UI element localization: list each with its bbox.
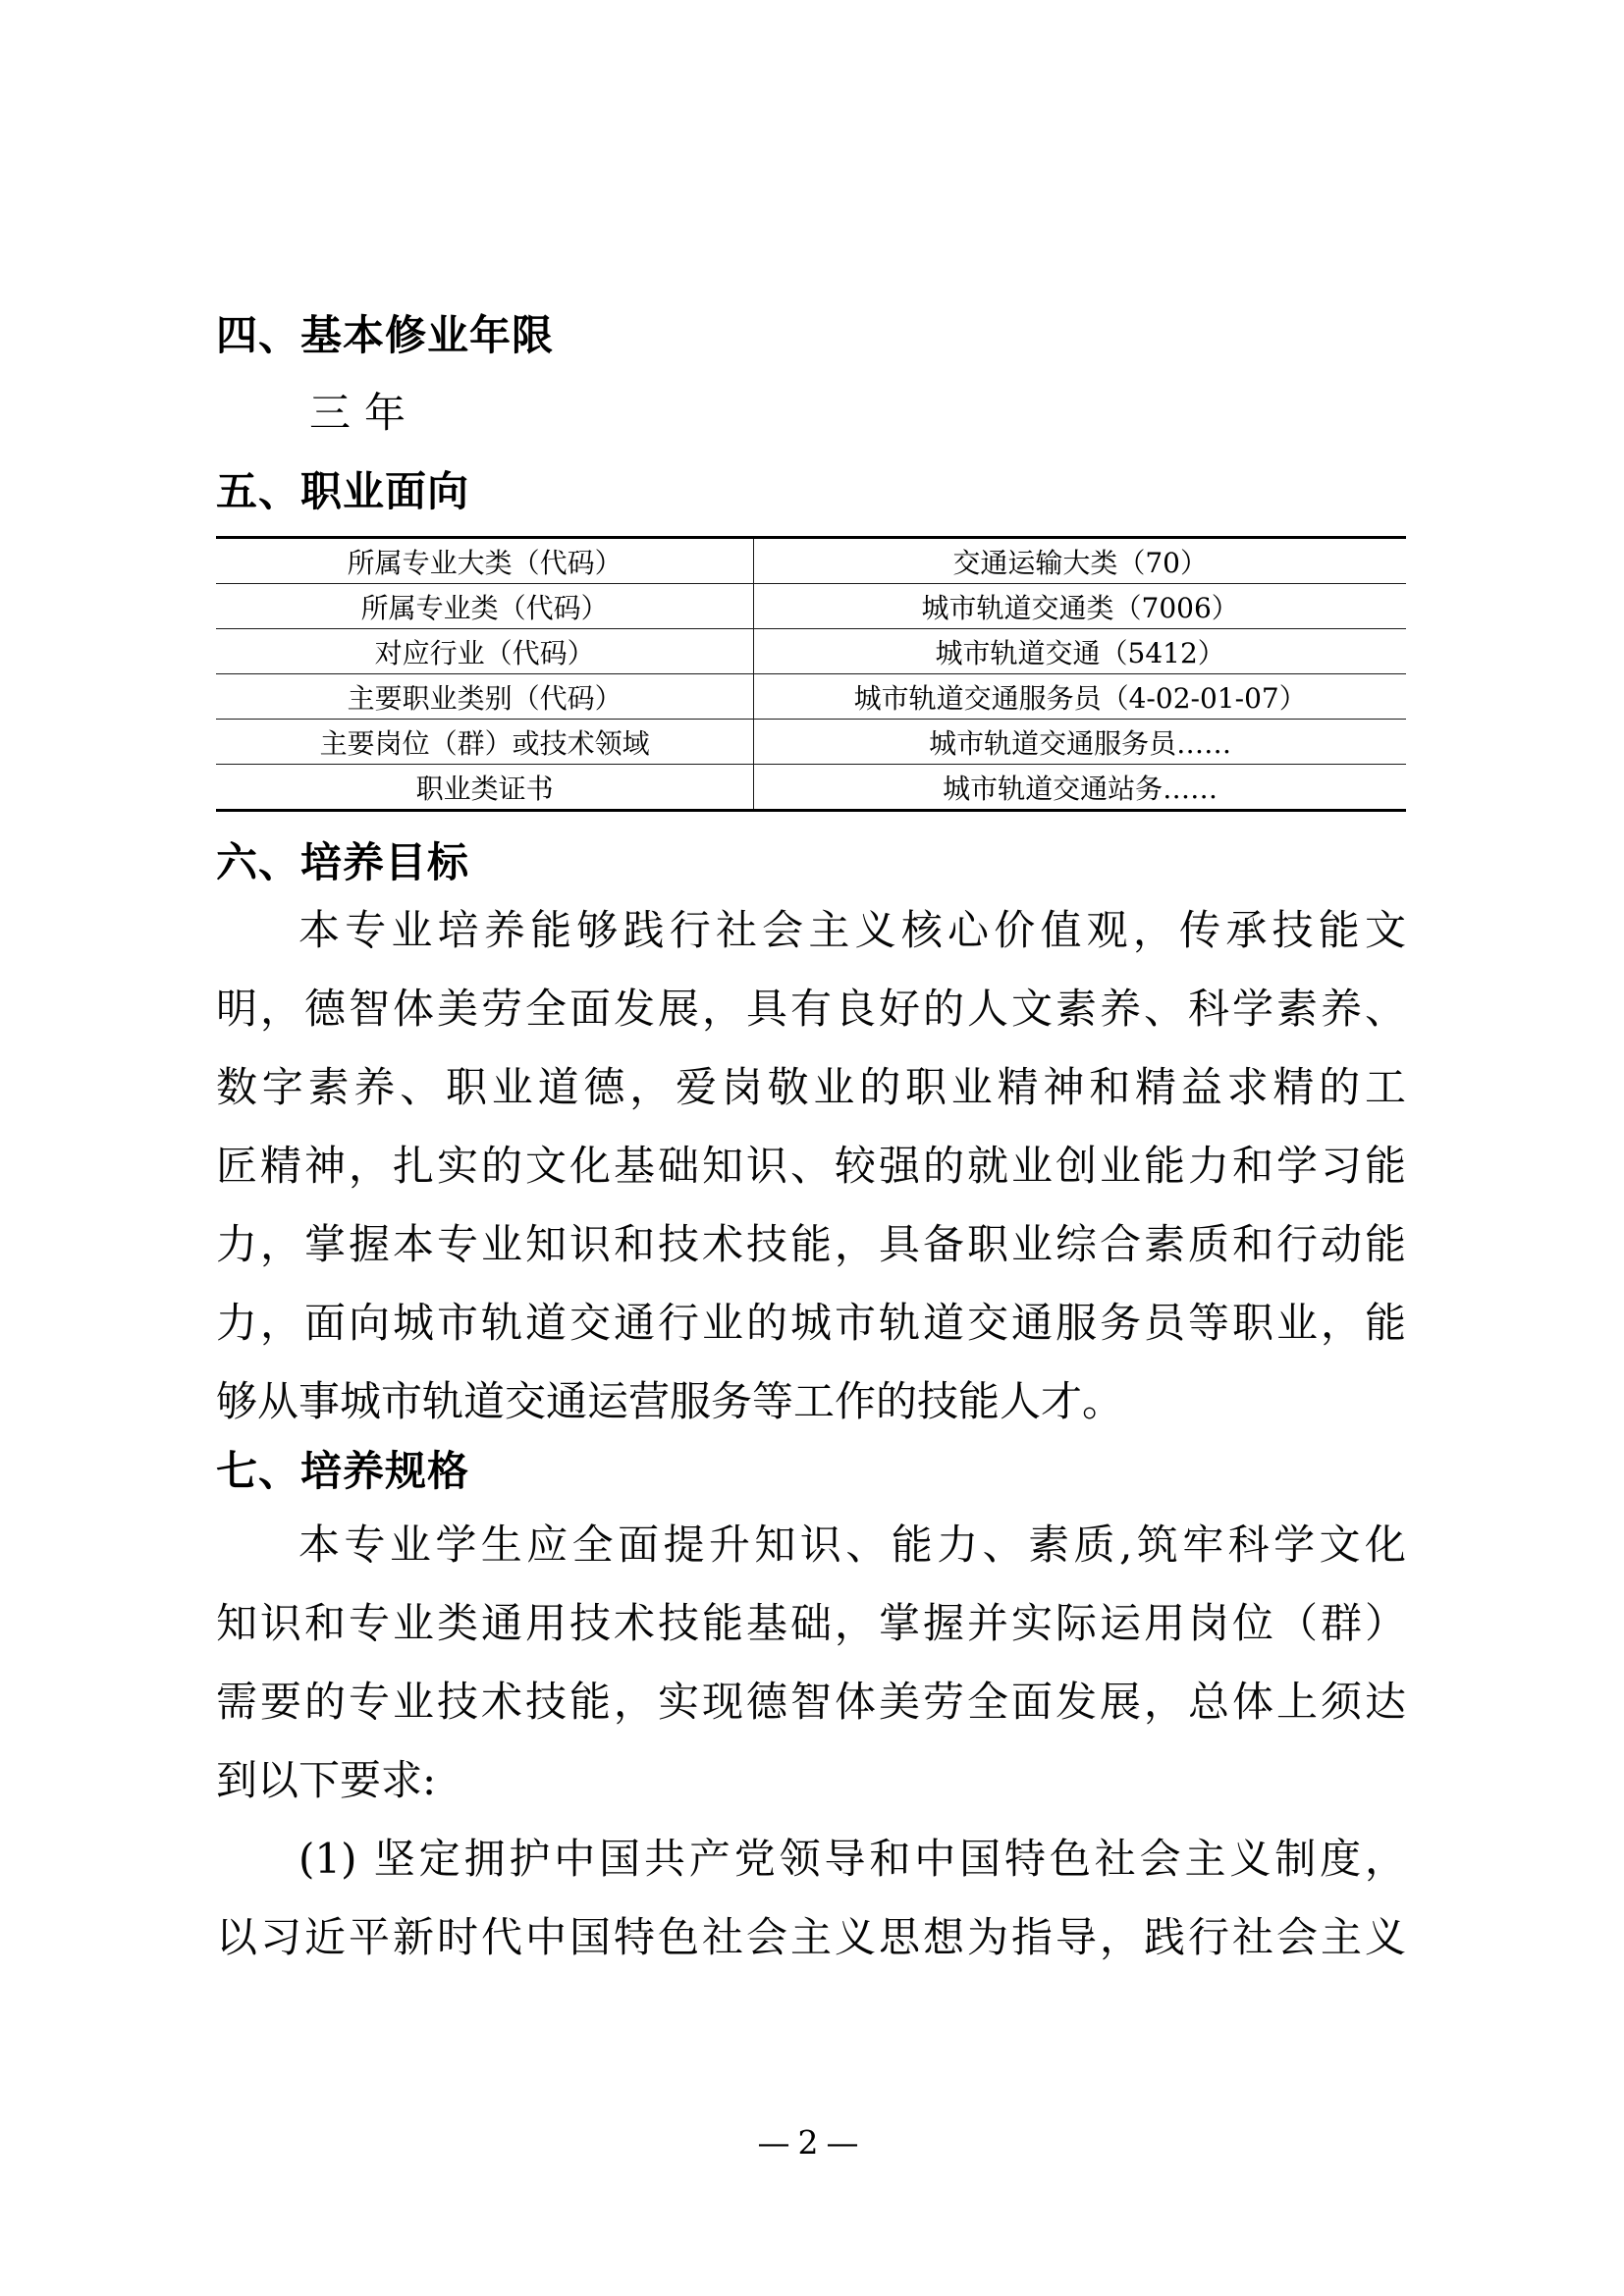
table-cell-label: 主要岗位（群）或技术领域: [216, 720, 754, 765]
paragraph-line: 需要的专业技术技能，实现德智体美劳全面发展，总体上须达: [216, 1663, 1406, 1741]
heading-basic-study-period: 四、基本修业年限: [216, 312, 1406, 359]
paragraph-line: 数字素养、职业道德，爱岗敬业的职业精神和精益求精的工: [216, 1048, 1406, 1127]
table-row: 主要职业类别（代码）城市轨道交通服务员（4-02-01-07）: [216, 674, 1406, 720]
document-page: 四、基本修业年限 三年 五、职业面向 所属专业大类（代码）交通运输大类（70）所…: [0, 0, 1624, 2296]
table-cell-label: 所属专业类（代码）: [216, 584, 754, 629]
table-row: 职业类证书城市轨道交通站务……: [216, 765, 1406, 811]
requirement-item-1-paragraph: (1) 坚定拥护中国共产党领导和中国特色社会主义制度，以习近平新时代中国特色社会…: [216, 1820, 1406, 1977]
table-cell-label: 对应行业（代码）: [216, 629, 754, 674]
paragraph-line: 以习近平新时代中国特色社会主义思想为指导，践行社会主义: [216, 1898, 1406, 1977]
table-cell-value: 城市轨道交通（5412）: [754, 629, 1406, 674]
table-row: 所属专业类（代码）城市轨道交通类（7006）: [216, 584, 1406, 629]
table-cell-value: 交通运输大类（70）: [754, 538, 1406, 584]
paragraph-line: 够从事城市轨道交通运营服务等工作的技能人才。: [216, 1362, 1406, 1441]
heading-training-specification: 七、培养规格: [216, 1448, 1406, 1495]
paragraph-line: (1) 坚定拥护中国共产党领导和中国特色社会主义制度，: [216, 1820, 1406, 1898]
table-cell-value: 城市轨道交通服务员……: [754, 720, 1406, 765]
table-row: 对应行业（代码）城市轨道交通（5412）: [216, 629, 1406, 674]
heading-training-objective: 六、培养目标: [216, 839, 1406, 886]
career-table-body: 所属专业大类（代码）交通运输大类（70）所属专业类（代码）城市轨道交通类（700…: [216, 538, 1406, 811]
paragraph-line: 知识和专业类通用技术技能基础，掌握并实际运用岗位（群）: [216, 1584, 1406, 1663]
paragraph-line: 到以下要求:: [216, 1741, 1406, 1820]
heading-career-orientation: 五、职业面向: [216, 468, 1406, 515]
table-cell-value: 城市轨道交通服务员（4-02-01-07）: [754, 674, 1406, 720]
paragraph-line: 本专业学生应全面提升知识、能力、素质,筑牢科学文化: [216, 1506, 1406, 1584]
table-cell-label: 职业类证书: [216, 765, 754, 811]
paragraph-line: 明，德智体美劳全面发展，具有良好的人文素养、科学素养、: [216, 970, 1406, 1048]
table-cell-label: 主要职业类别（代码）: [216, 674, 754, 720]
table-row: 所属专业大类（代码）交通运输大类（70）: [216, 538, 1406, 584]
table-cell-label: 所属专业大类（代码）: [216, 538, 754, 584]
table-cell-value: 城市轨道交通站务……: [754, 765, 1406, 811]
training-objective-paragraph: 本专业培养能够践行社会主义核心价值观，传承技能文明，德智体美劳全面发展，具有良好…: [216, 891, 1406, 1441]
document-content: 四、基本修业年限 三年 五、职业面向 所属专业大类（代码）交通运输大类（70）所…: [216, 0, 1406, 1977]
page-number: —2—: [0, 2123, 1624, 2163]
table-cell-value: 城市轨道交通类（7006）: [754, 584, 1406, 629]
paragraph-line: 力，掌握本专业知识和技术技能，具备职业综合素质和行动能: [216, 1205, 1406, 1284]
career-orientation-table: 所属专业大类（代码）交通运输大类（70）所属专业类（代码）城市轨道交通类（700…: [216, 536, 1406, 812]
paragraph-line: 本专业培养能够践行社会主义核心价值观，传承技能文: [216, 891, 1406, 970]
paragraph-line: 匠精神，扎实的文化基础知识、较强的就业创业能力和学习能: [216, 1127, 1406, 1205]
training-specification-paragraph: 本专业学生应全面提升知识、能力、素质,筑牢科学文化知识和专业类通用技术技能基础，…: [216, 1506, 1406, 1820]
study-period-value: 三年: [216, 390, 1406, 437]
table-row: 主要岗位（群）或技术领域城市轨道交通服务员……: [216, 720, 1406, 765]
paragraph-line: 力，面向城市轨道交通行业的城市轨道交通服务员等职业，能: [216, 1284, 1406, 1362]
